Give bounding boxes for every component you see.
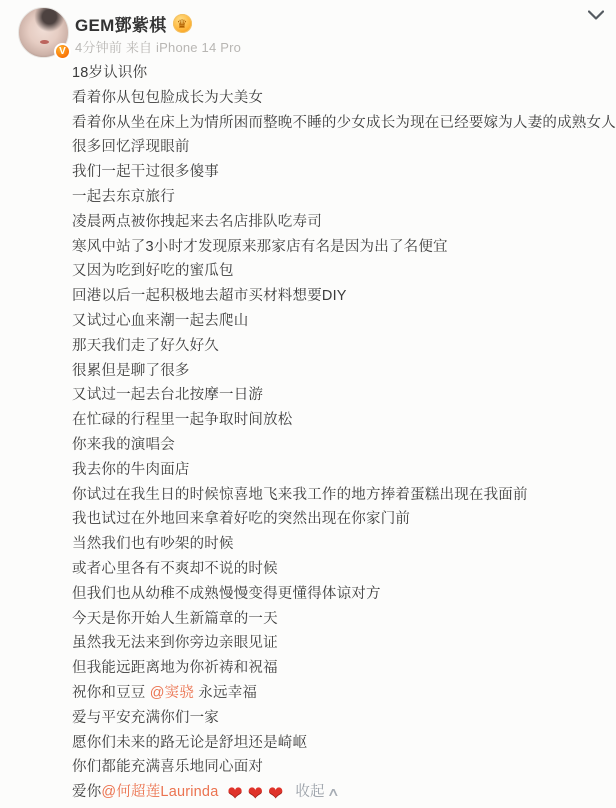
post-text-line: 很多回忆浮现眼前 bbox=[72, 135, 610, 160]
post-text-line: 愿你们未来的路无论是舒坦还是崎岖 bbox=[72, 731, 610, 756]
post-text-line: 在忙碌的行程里一起争取时间放松 bbox=[72, 408, 610, 433]
post-text-line: 又因为吃到好吃的蜜瓜包 bbox=[72, 259, 610, 284]
post-body: 18岁认识你看着你从包包脸成长为大美女看着你从坐在床上为情所困而整晚不睡的少女成… bbox=[0, 58, 616, 780]
post-text-line: 凌晨两点被你拽起来去名店排队吃寿司 bbox=[72, 210, 610, 235]
post-text-segment: 祝你和豆豆 bbox=[72, 685, 150, 701]
mention-link-laurinda[interactable]: @何超莲Laurinda bbox=[101, 780, 218, 805]
post-text-line: 18岁认识你 bbox=[72, 61, 610, 86]
footer-text: 爱你 bbox=[72, 780, 101, 805]
heart-icon: ❤ bbox=[268, 784, 283, 802]
post-text-line: 寒风中站了3小时才发现原来那家店有名是因为出了名便宜 bbox=[72, 235, 610, 260]
post-text-line: 当然我们也有吵架的时候 bbox=[72, 532, 610, 557]
post-text-line: 你试过在我生日的时候惊喜地飞来我工作的地方捧着蛋糕出现在我面前 bbox=[72, 483, 610, 508]
post-text-line: 我们一起干过很多傻事 bbox=[72, 160, 610, 185]
verified-v-icon: V bbox=[54, 43, 71, 60]
post-text-line: 很累但是聊了很多 bbox=[72, 359, 610, 384]
post-text-line: 我去你的牛肉面店 bbox=[72, 458, 610, 483]
post-header: V GEM鄧紫棋 ♛ 4分钟前 来自 iPhone 14 Pro bbox=[0, 0, 616, 58]
vip-crown-icon: ♛ bbox=[173, 14, 192, 33]
heart-icon: ❤ bbox=[227, 784, 242, 802]
username[interactable]: GEM鄧紫棋 bbox=[75, 11, 167, 36]
post-text-line: 看着你从坐在床上为情所困而整晚不睡的少女成长为现在已经要嫁为人妻的成熟女人 bbox=[72, 111, 610, 136]
post-text-line: 回港以后一起积极地去超市买材料想要DIY bbox=[72, 284, 610, 309]
collapse-button[interactable]: 收起 ∧ bbox=[295, 780, 337, 805]
heart-icon: ❤ bbox=[248, 784, 263, 802]
chevron-up-icon: ∧ bbox=[327, 780, 340, 805]
post-text-line: 虽然我无法来到你旁边亲眼见证 bbox=[72, 631, 610, 656]
timestamp-source: 4分钟前 来自 iPhone 14 Pro bbox=[75, 37, 241, 56]
post-text-line: 又试过一起去台北按摩一日游 bbox=[72, 383, 610, 408]
name-row: GEM鄧紫棋 ♛ bbox=[75, 11, 192, 36]
post-text-line: 又试过心血来潮一起去爬山 bbox=[72, 309, 610, 334]
post-text-line: 爱与平安充满你们一家 bbox=[72, 706, 610, 731]
post-text-line: 今天是你开始人生新篇章的一天 bbox=[72, 607, 610, 632]
post-footer-line: 爱你 @何超莲Laurinda ❤❤❤ 收起 ∧ bbox=[0, 780, 616, 805]
chevron-down-icon[interactable] bbox=[586, 7, 606, 23]
post-text-line: 那天我们走了好久好久 bbox=[72, 334, 610, 359]
post-text-line: 祝你和豆豆 @窦骁 永远幸福 bbox=[72, 681, 610, 706]
heart-icons: ❤❤❤ bbox=[227, 784, 283, 802]
post-text-line: 但我能远距离地为你祈祷和祝福 bbox=[72, 656, 610, 681]
post-text-line: 看着你从包包脸成长为大美女 bbox=[72, 86, 610, 111]
mention-link[interactable]: @窦骁 bbox=[150, 685, 194, 701]
post-text-segment: 永远幸福 bbox=[194, 685, 257, 701]
post-text-line: 我也试过在外地回来拿着好吃的突然出现在你家门前 bbox=[72, 507, 610, 532]
post-text-line: 一起去东京旅行 bbox=[72, 185, 610, 210]
avatar[interactable]: V bbox=[18, 7, 69, 58]
post-text-line: 但我们也从幼稚不成熟慢慢变得更懂得体谅对方 bbox=[72, 582, 610, 607]
post-text-line: 你们都能充满喜乐地同心面对 bbox=[72, 755, 610, 780]
post-text-line: 你来我的演唱会 bbox=[72, 433, 610, 458]
collapse-label: 收起 bbox=[295, 780, 324, 805]
weibo-post: V GEM鄧紫棋 ♛ 4分钟前 来自 iPhone 14 Pro 18岁认识你看… bbox=[0, 0, 616, 808]
post-text-line: 或者心里各有不爽却不说的时候 bbox=[72, 557, 610, 582]
avatar-photo-detail bbox=[40, 40, 49, 44]
